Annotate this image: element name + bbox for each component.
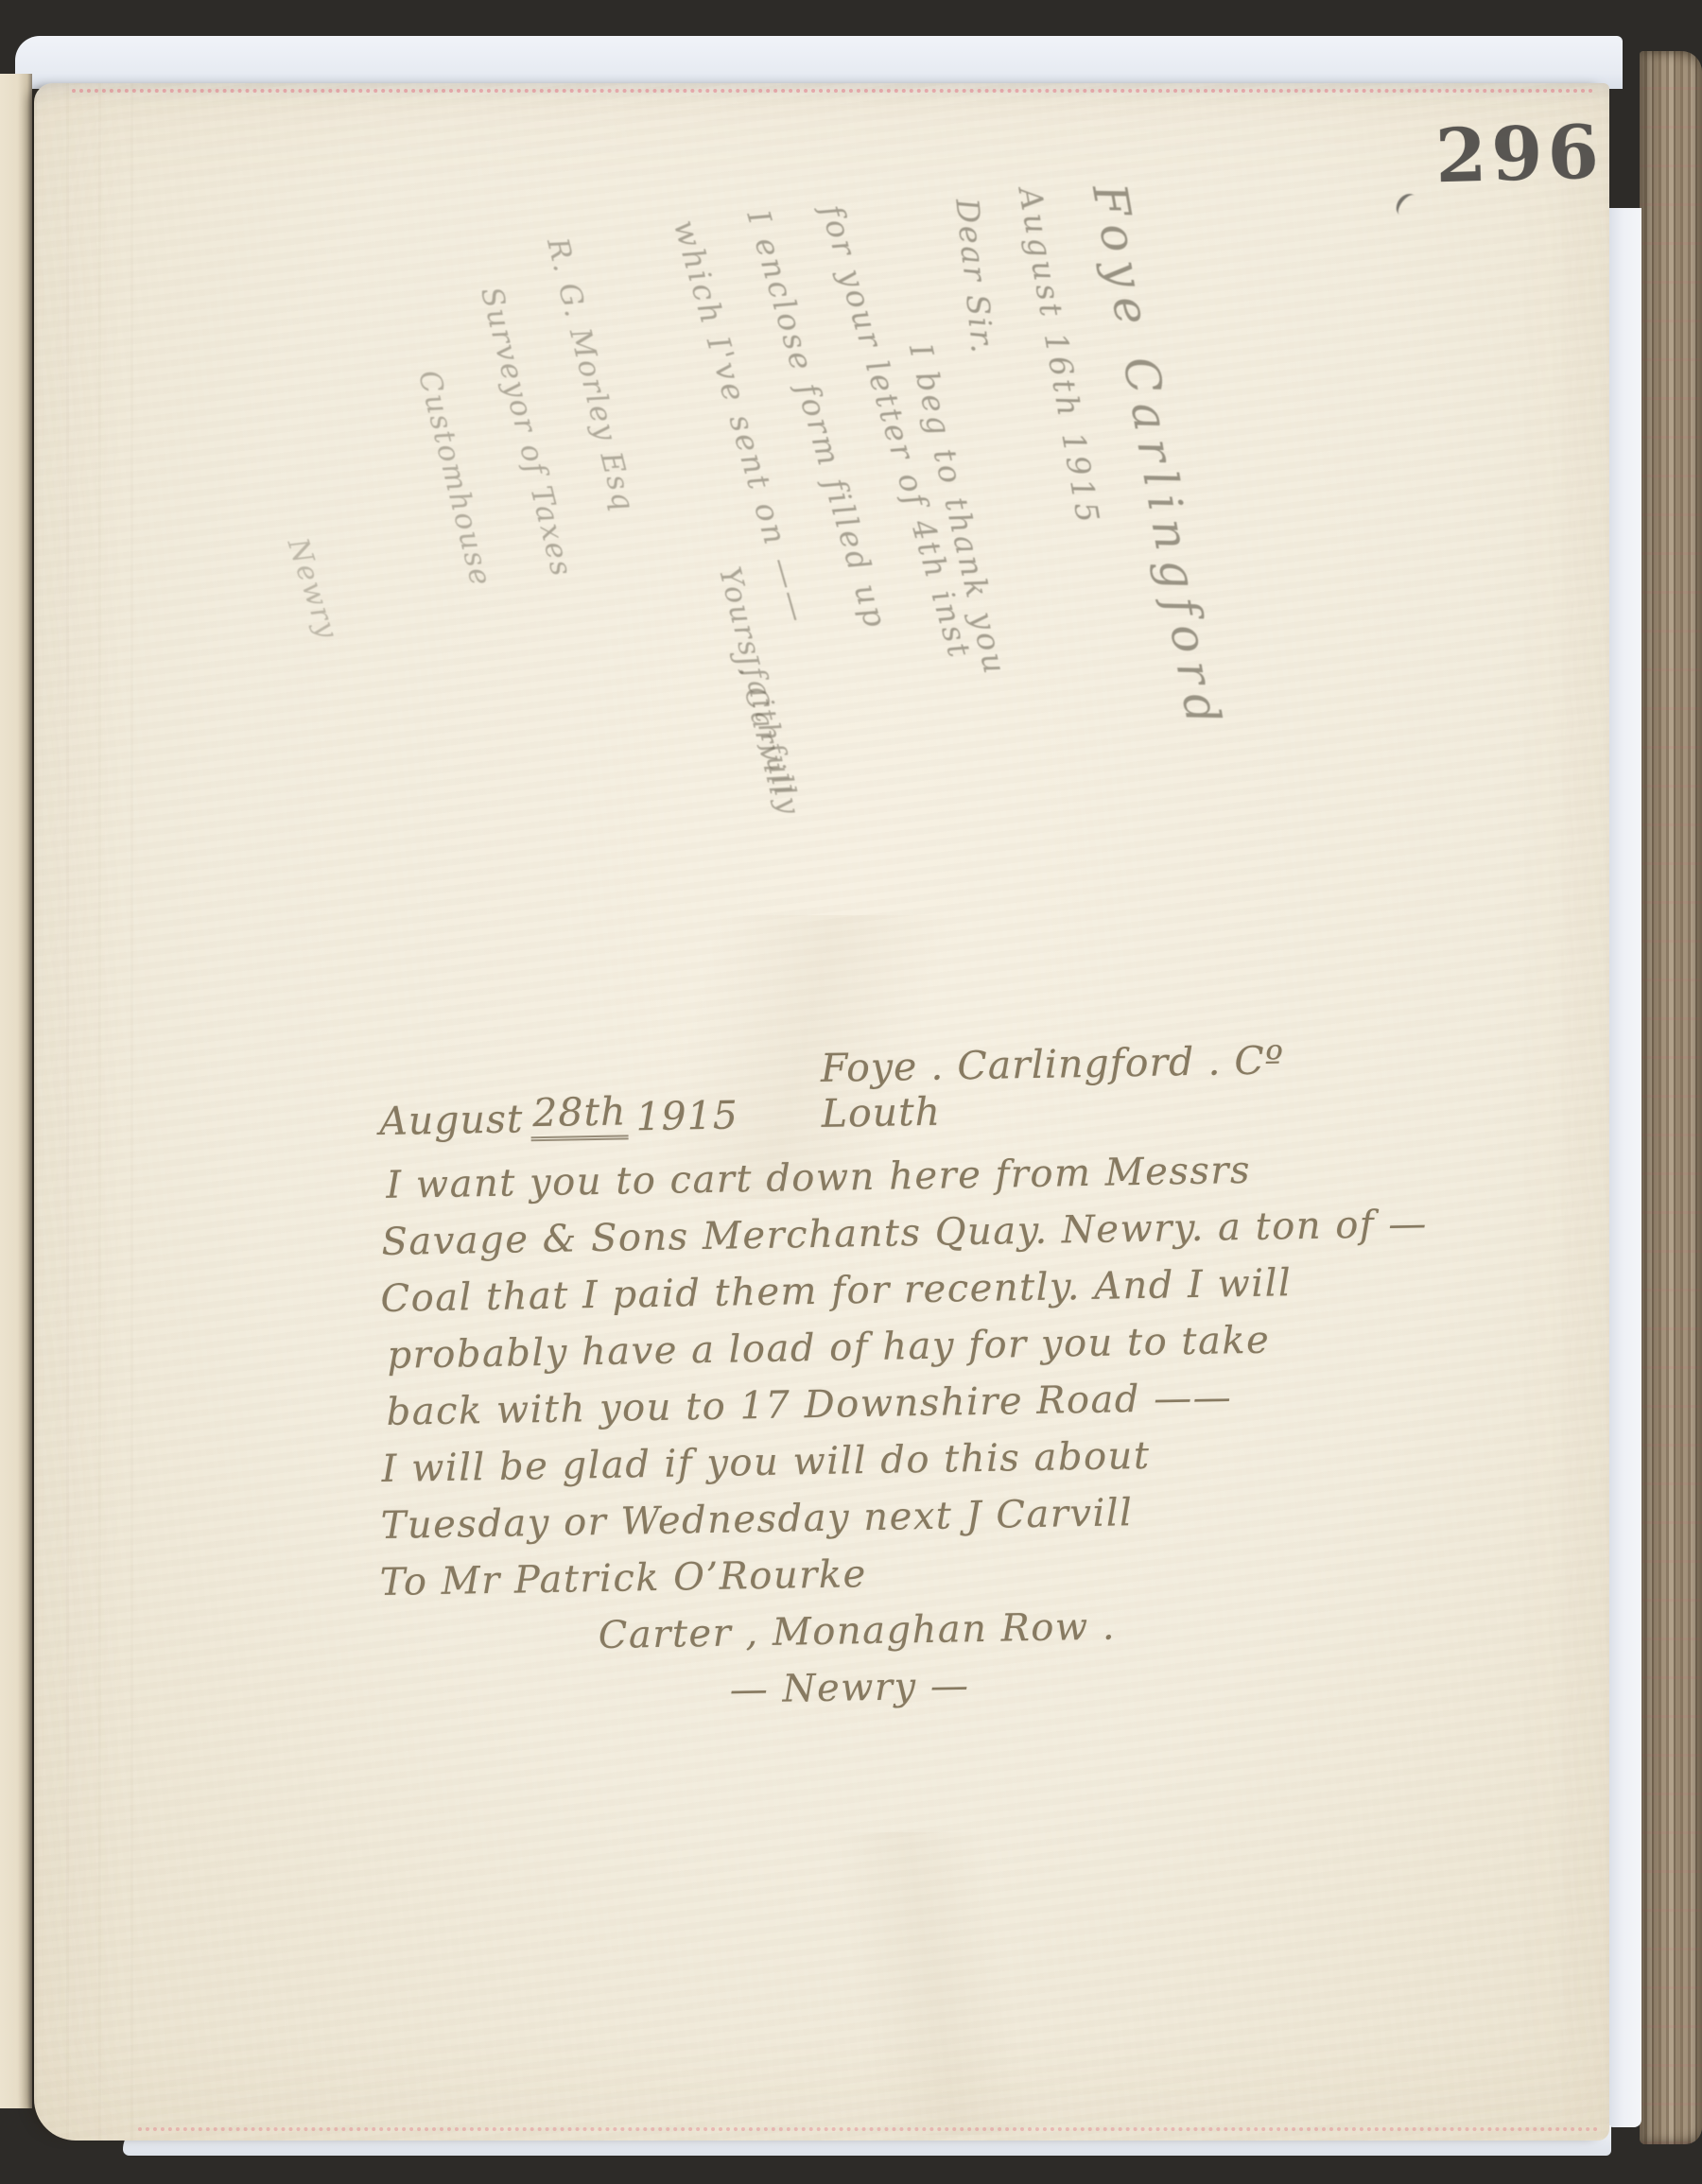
book-page-edges xyxy=(1640,51,1702,2144)
paper-crease xyxy=(318,1832,1547,2135)
pink-edge-top xyxy=(72,89,1594,93)
press-copy-line: Foye Carlingford xyxy=(1082,180,1232,737)
scan-background: 296 Foye CarlingfordAugust 16th 1915Dear… xyxy=(0,0,1702,2184)
press-copy-line: Newry xyxy=(281,534,345,644)
previous-page-edge xyxy=(0,74,32,2108)
press-copy-line: J. Carvill xyxy=(729,650,797,800)
ink-speck xyxy=(1392,190,1422,221)
letter-body: I want you to cart down here from Messrs… xyxy=(380,1140,1345,1725)
pink-edge-bottom xyxy=(138,2127,1599,2131)
binding-creases xyxy=(34,83,157,2141)
page-number-stamp: 296 xyxy=(1434,110,1605,200)
letter-place: Foye . Carlingford . Cº Louth xyxy=(821,1036,1335,1135)
letter-heading: August 28th 1915 Foye . Carlingford . Cº… xyxy=(378,1036,1335,1144)
letter-line: — Newry — xyxy=(729,1651,1345,1718)
press-copy-line: Customhouse xyxy=(411,367,498,591)
press-copy-line: R. G. Morley Esq xyxy=(540,234,641,516)
ledger-page: 296 Foye CarlingfordAugust 16th 1915Dear… xyxy=(34,83,1609,2141)
press-copy-line: I enclose form filled up xyxy=(740,206,895,633)
letter-date-month: August xyxy=(379,1096,524,1144)
letter-date-year: 1915 xyxy=(635,1092,738,1139)
tissue-interleaf-top xyxy=(15,36,1623,89)
letter: August 28th 1915 Foye . Carlingford . Cº… xyxy=(378,1036,1345,1725)
tissue-interleaf-right xyxy=(1607,208,1641,2127)
letter-date-day: 28th xyxy=(530,1088,629,1141)
press-copy-line: Dear Sir. xyxy=(948,197,1001,356)
